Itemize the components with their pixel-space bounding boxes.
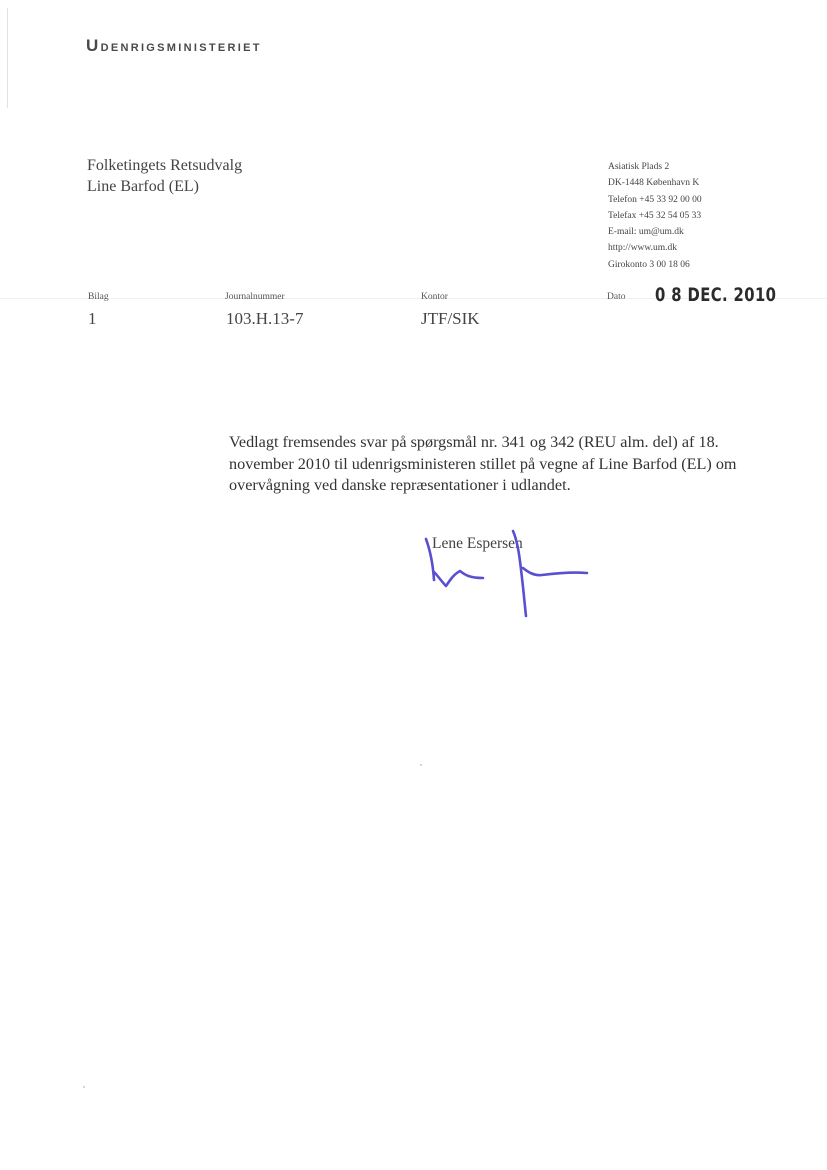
scan-edge-artifact	[7, 8, 8, 108]
dato-label: Dato	[607, 292, 625, 302]
address-line: Asiatisk Plads 2	[608, 159, 702, 175]
address-line: DK-1448 København K	[608, 175, 702, 191]
scan-speck	[83, 1086, 85, 1088]
kontor-value: JTF/SIK	[421, 309, 480, 329]
phone-line: Telefon +45 33 92 00 00	[608, 192, 702, 208]
recipient-block: Folketingets Retsudvalg Line Barfod (EL)	[87, 155, 242, 197]
letter-body: Vedlagt fremsendes svar på spørgsmål nr.…	[229, 432, 749, 497]
recipient-line: Folketingets Retsudvalg	[87, 155, 242, 176]
scan-speck	[420, 764, 422, 766]
date-stamp: 0 8 DEC. 2010	[655, 284, 776, 306]
recipient-line: Line Barfod (EL)	[87, 176, 242, 197]
journal-value: 103.H.13-7	[226, 309, 303, 329]
website-line: http://www.um.dk	[608, 240, 702, 256]
ministry-name: Udenrigsministeriet	[86, 38, 262, 55]
kontor-label: Kontor	[421, 292, 448, 302]
sender-address-block: Asiatisk Plads 2 DK-1448 København K Tel…	[608, 159, 702, 273]
bilag-label: Bilag	[88, 292, 109, 302]
ministry-letterhead: Udenrigsministeriet	[86, 36, 262, 56]
fax-line: Telefax +45 32 54 05 33	[608, 208, 702, 224]
email-line: E-mail: um@um.dk	[608, 224, 702, 240]
journal-label: Journalnummer	[225, 292, 285, 302]
giro-line: Girokonto 3 00 18 06	[608, 257, 702, 273]
bilag-value: 1	[88, 309, 97, 329]
handwritten-signature-icon	[410, 520, 600, 620]
